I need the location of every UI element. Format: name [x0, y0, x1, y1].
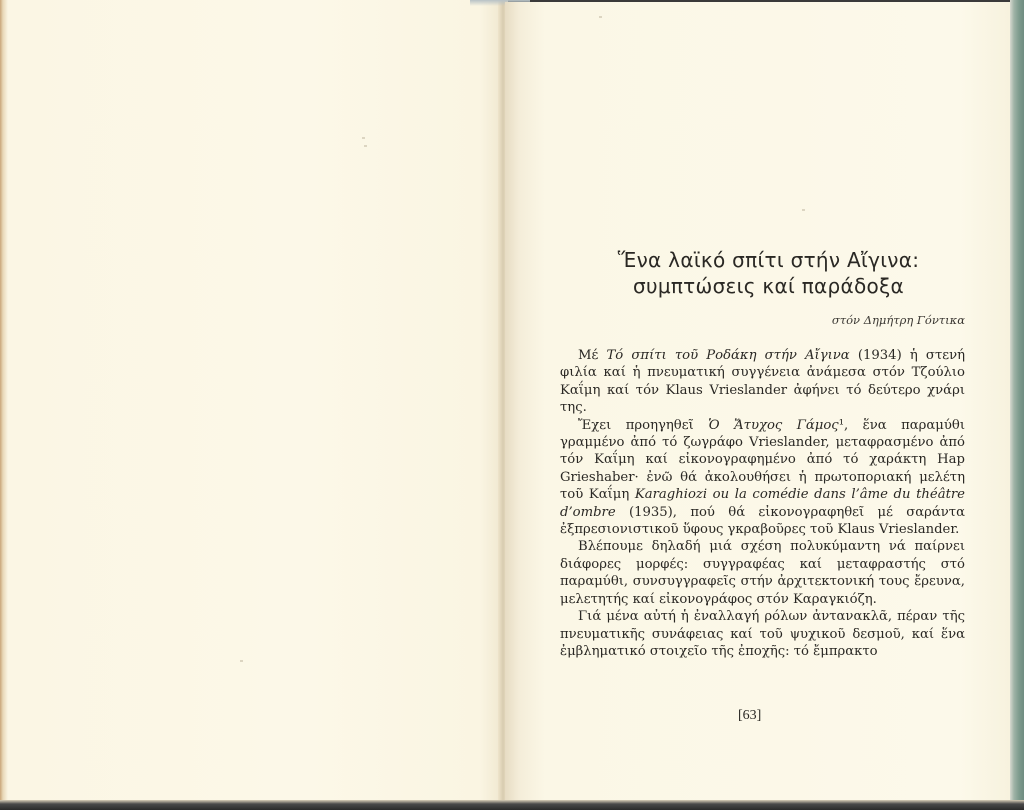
book-cover-edge	[1010, 0, 1024, 810]
page-number: [63]	[738, 708, 761, 724]
body-text: Μέ Τό σπίτι τοῦ Ροδάκη στήν Αἴγινα (1934…	[560, 347, 965, 660]
body-paragraph: Βλέπουμε δηλαδή μιά σχέση πολυκύμαντη νά…	[560, 538, 965, 608]
scan-bottom-edge	[0, 800, 1024, 810]
paper-speck	[362, 137, 365, 139]
paper-speck	[599, 16, 602, 18]
chapter-title: Ἕνα λαϊκό σπίτι στήν Αἴγινα: συμπτώσεις …	[572, 247, 965, 299]
paper-speck	[802, 209, 805, 211]
paragraph-text: Ἔχει προηγηθεῖ	[578, 418, 708, 433]
body-paragraph: Γιά μένα αὐτή ἡ ἐναλλαγή ρόλων ἀντανακλᾶ…	[560, 608, 965, 660]
paper-speck	[240, 660, 243, 662]
dedication: στόν Δημήτρη Γόντικα	[560, 313, 965, 327]
chapter-title-line-2: συμπτώσεις καί παράδοξα	[572, 273, 965, 299]
italic-title-reference: Ὁ Ἄτυχος Γάμος	[708, 418, 839, 433]
left-page-blank	[0, 0, 500, 804]
body-paragraph: Ἔχει προηγηθεῖ Ὁ Ἄτυχος Γάμος¹, ἕνα παρα…	[560, 417, 965, 539]
paragraph-text: Μέ	[578, 348, 607, 363]
chapter-title-line-1: Ἕνα λαϊκό σπίτι στήν Αἴγινα:	[572, 247, 965, 273]
body-paragraph: Μέ Τό σπίτι τοῦ Ροδάκη στήν Αἴγινα (1934…	[560, 347, 965, 417]
chapter-text-block: Ἕνα λαϊκό σπίτι στήν Αἴγινα: συμπτώσεις …	[560, 247, 965, 660]
paragraph-text: Γιά μένα αὐτή ἡ ἐναλλαγή ρόλων ἀντανακλᾶ…	[560, 609, 965, 659]
paper-speck	[364, 145, 367, 147]
italic-title-reference: Τό σπίτι τοῦ Ροδάκη στήν Αἴγινα	[607, 348, 850, 363]
paragraph-text: Βλέπουμε δηλαδή μιά σχέση πολυκύμαντη νά…	[560, 539, 965, 606]
book-spread: Ἕνα λαϊκό σπίτι στήν Αἴγινα: συμπτώσεις …	[0, 0, 1024, 804]
paragraph-text: (1935), πού θά εἰκονογραφηθεῖ μέ σαράντα…	[560, 505, 965, 537]
